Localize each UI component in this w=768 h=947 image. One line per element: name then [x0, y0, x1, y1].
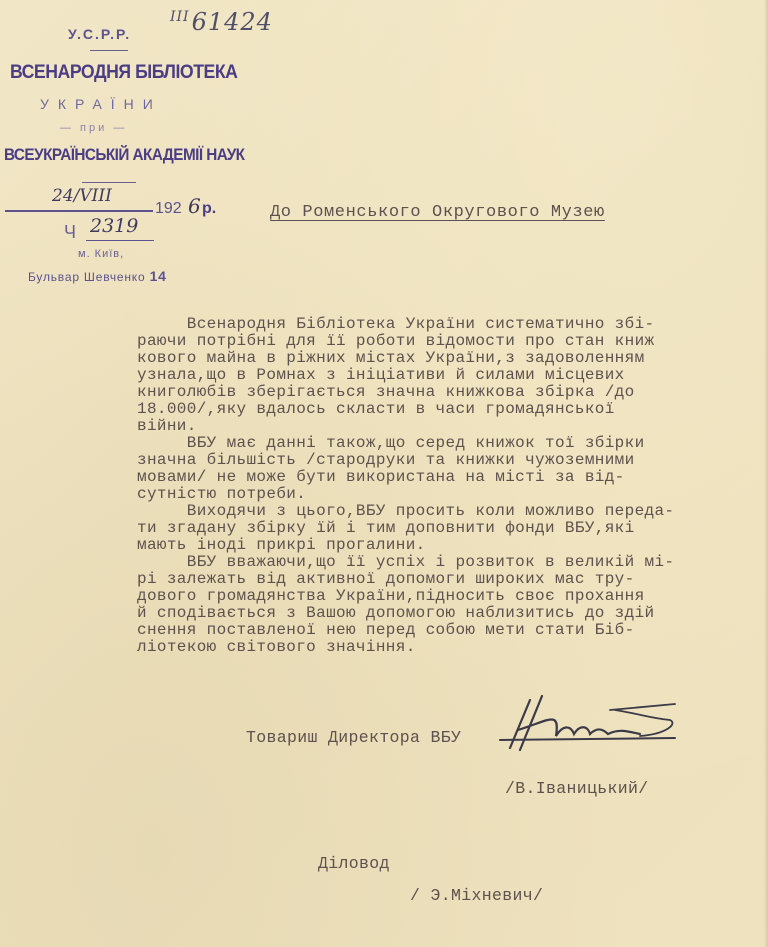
body-line: Виходячи з цього,ВБУ просить коли можлив… — [137, 503, 674, 520]
date-line — [5, 210, 153, 212]
body-line: книголюбів зберігається значна книжкова … — [137, 384, 674, 401]
letter-body: Всенародня Бібліотека України систематич… — [137, 316, 674, 656]
reference-prefix: Ч — [64, 222, 76, 243]
body-line: війни. — [137, 418, 674, 435]
addressee: До Роменського Округового Музею — [270, 204, 605, 221]
handwritten-signature-icon — [490, 690, 690, 760]
body-line: кового майна в ріжних містах України,з з… — [137, 350, 674, 367]
date-year-printed: 192 — [155, 200, 182, 218]
letterhead-connector: — при — — [60, 122, 127, 134]
body-line: дового громадянства України,підносить св… — [137, 588, 674, 605]
date-year-suffix: р. — [202, 200, 216, 218]
letterhead-institution-line-2: УКРАЇНИ — [40, 96, 162, 112]
body-line: мають іноді прикрі прогалини. — [137, 537, 674, 554]
letterhead-address: Бульвар Шевченко 14 — [28, 268, 167, 284]
paper-edge — [764, 0, 768, 947]
body-line: 18.000/,яку вдалось скласти в часи грома… — [137, 401, 674, 418]
signatory-title: Товариш Директора ВБУ — [246, 729, 461, 746]
body-line: ти згадану збірку їй і тим доповнити фон… — [137, 520, 674, 537]
body-line: рі залежать від активної допомоги широки… — [137, 571, 674, 588]
archive-number: III61424 — [170, 8, 273, 36]
letterhead-divider — [90, 50, 128, 51]
body-line: сутністю потреби. — [137, 486, 674, 503]
clerk-title: Діловод — [318, 855, 390, 872]
archive-number-value: 61424 — [192, 8, 273, 36]
body-line: снення поставленої нею перед собою мети … — [137, 622, 674, 639]
letterhead-institution-line-1: ВСЕНАРОДНЯ БІБЛІОТЕКА — [10, 62, 237, 84]
body-line: мовами/ не може бути використана на міст… — [137, 469, 674, 486]
letterhead-city: м. Київ, — [78, 248, 124, 260]
body-line: узнала,що в Ромнах з ініціативи й силами… — [137, 367, 674, 384]
date-handwritten: 24/VIII — [52, 186, 112, 206]
letterhead-state: У.С.Р.Р. — [68, 26, 131, 42]
address-street: Бульвар Шевченко — [28, 270, 145, 284]
address-number: 14 — [150, 268, 167, 284]
archive-number-prefix: III — [170, 9, 190, 25]
reference-line — [86, 240, 154, 241]
body-line: Всенародня Бібліотека України систематич… — [137, 316, 674, 333]
body-line: значна більшість /стародруки та книжки ч… — [137, 452, 674, 469]
body-line: ліотекою світового значіння. — [137, 639, 674, 656]
date-year-handwritten: 6 — [188, 194, 201, 218]
body-line: й сподівається з Вашою допомогою наблизи… — [137, 605, 674, 622]
letterhead-institution-line-3: ВСЕУКРАЇНСЬКІЙ АКАДЕМІЇ НАУК — [4, 145, 244, 165]
signatory-name: /В.Іваницький/ — [505, 780, 649, 797]
clerk-name: / Э.Міхневич/ — [410, 887, 543, 904]
body-line: ВБУ вважаючи,що її успіх і розвиток в ве… — [137, 554, 674, 571]
letterhead-divider — [82, 182, 136, 183]
body-line: раючи потрібні для її роботи відомости п… — [137, 333, 674, 350]
reference-number-handwritten: 2319 — [90, 215, 138, 237]
body-line: ВБУ має данні також,що серед книжок тої … — [137, 435, 674, 452]
